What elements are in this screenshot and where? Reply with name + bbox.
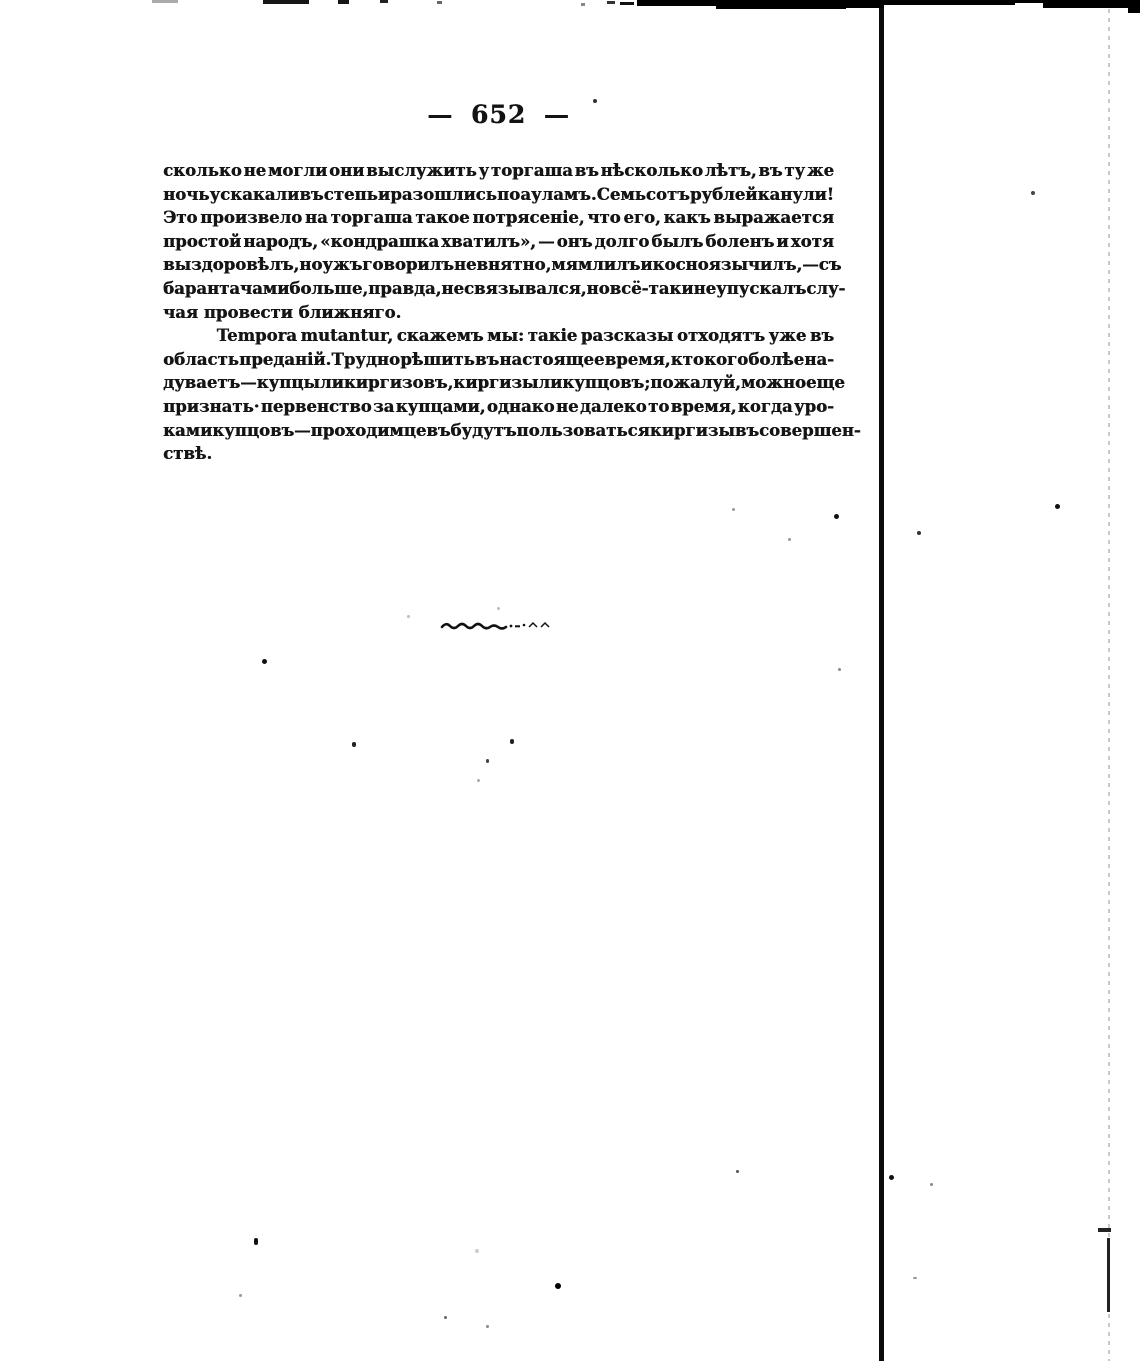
text-line: выздоровѣлъ,ноужъговорилъневнятно,мямлил… bbox=[163, 255, 834, 279]
scan-ink-mark bbox=[581, 3, 585, 6]
scan-ink-mark bbox=[607, 1, 615, 4]
scan-ink-mark bbox=[1031, 191, 1035, 195]
scan-ink-mark bbox=[884, 0, 1015, 5]
scan-ink-mark bbox=[846, 0, 884, 8]
scan-ink-mark bbox=[254, 1238, 258, 1245]
text-line: ночьускакаливъстепьиразошлисьпоауламъ.Се… bbox=[163, 185, 834, 209]
scan-ink-mark bbox=[788, 538, 791, 541]
text-line: чая провести ближняго. bbox=[163, 303, 834, 327]
scan-ink-mark bbox=[593, 99, 597, 103]
paragraph-indent bbox=[163, 340, 213, 341]
scan-ink-mark bbox=[475, 1249, 479, 1253]
scan-ink-mark bbox=[736, 1170, 739, 1173]
scan-ink-mark bbox=[352, 742, 356, 747]
text-line: простойнародъ,«кондрашкахватилъ»,—онъдол… bbox=[163, 232, 834, 256]
scan-ink-mark bbox=[930, 1183, 933, 1186]
scanned-book-page: — 652 — скольконемоглионивыслужитьуторга… bbox=[0, 0, 1140, 1361]
text-block: скольконемоглионивыслужитьуторгашавънѣск… bbox=[163, 161, 834, 468]
scan-ink-mark bbox=[913, 1277, 917, 1279]
scan-ink-mark bbox=[239, 1294, 242, 1297]
scan-ink-mark bbox=[380, 0, 388, 3]
scan-ink-mark bbox=[497, 607, 500, 610]
text-line: дуваетъ—купцыликиргизовъ,киргизыликупцов… bbox=[163, 373, 834, 397]
scan-ink-mark bbox=[1043, 0, 1128, 8]
scan-ink-mark bbox=[732, 508, 735, 511]
page-gutter-line bbox=[879, 0, 884, 1361]
scan-ink-mark bbox=[1015, 0, 1043, 3]
scan-ink-mark bbox=[716, 0, 846, 9]
scan-ink-mark bbox=[437, 1, 442, 4]
scan-ink-mark bbox=[834, 514, 839, 519]
scan-ink-mark bbox=[1128, 0, 1140, 13]
scan-ink-mark bbox=[620, 2, 634, 5]
text-line: ствѣ. bbox=[163, 444, 834, 468]
text-line: признать·первенствозакупцами,однаконедал… bbox=[163, 397, 834, 421]
scan-ink-mark bbox=[889, 1175, 894, 1180]
text-line: областьпреданій.Труднорѣшитьвънастоящеев… bbox=[163, 350, 834, 374]
scan-ink-mark bbox=[917, 531, 921, 535]
scan-ink-mark bbox=[338, 0, 349, 4]
text-line: камикупцовъ—проходимцевъбудутъпользовать… bbox=[163, 421, 834, 445]
scan-ink-mark bbox=[555, 1283, 561, 1289]
text-line: барантачамибольше,правда,несвязывался,но… bbox=[163, 279, 834, 303]
scan-ink-mark bbox=[262, 659, 267, 664]
squiggle-rule-graphic bbox=[440, 619, 552, 631]
right-page-edge-line bbox=[1108, 0, 1110, 1361]
text-line: Temporamutantur,скажемъмы:такіеразсказыо… bbox=[163, 326, 834, 350]
scan-ink-mark bbox=[838, 668, 841, 671]
page-number-header: — 652 — bbox=[163, 100, 834, 132]
section-divider-squiggle bbox=[440, 616, 552, 628]
right-page-edge-dark-segment bbox=[1107, 1238, 1110, 1312]
scan-ink-mark bbox=[486, 1325, 489, 1328]
right-page-edge-tick bbox=[1098, 1228, 1111, 1232]
scan-ink-mark bbox=[407, 615, 410, 618]
text-line: Этопроизвелонаторгашатакоепотрясеніе,что… bbox=[163, 208, 834, 232]
scan-ink-mark bbox=[152, 0, 178, 3]
scan-ink-mark bbox=[263, 0, 309, 4]
scan-ink-mark bbox=[510, 739, 514, 744]
scan-ink-mark bbox=[477, 779, 480, 782]
text-line: скольконемоглионивыслужитьуторгашавънѣск… bbox=[163, 161, 834, 185]
scan-ink-mark bbox=[444, 1316, 447, 1319]
scan-ink-mark bbox=[486, 759, 489, 763]
scan-ink-mark bbox=[1055, 504, 1060, 509]
